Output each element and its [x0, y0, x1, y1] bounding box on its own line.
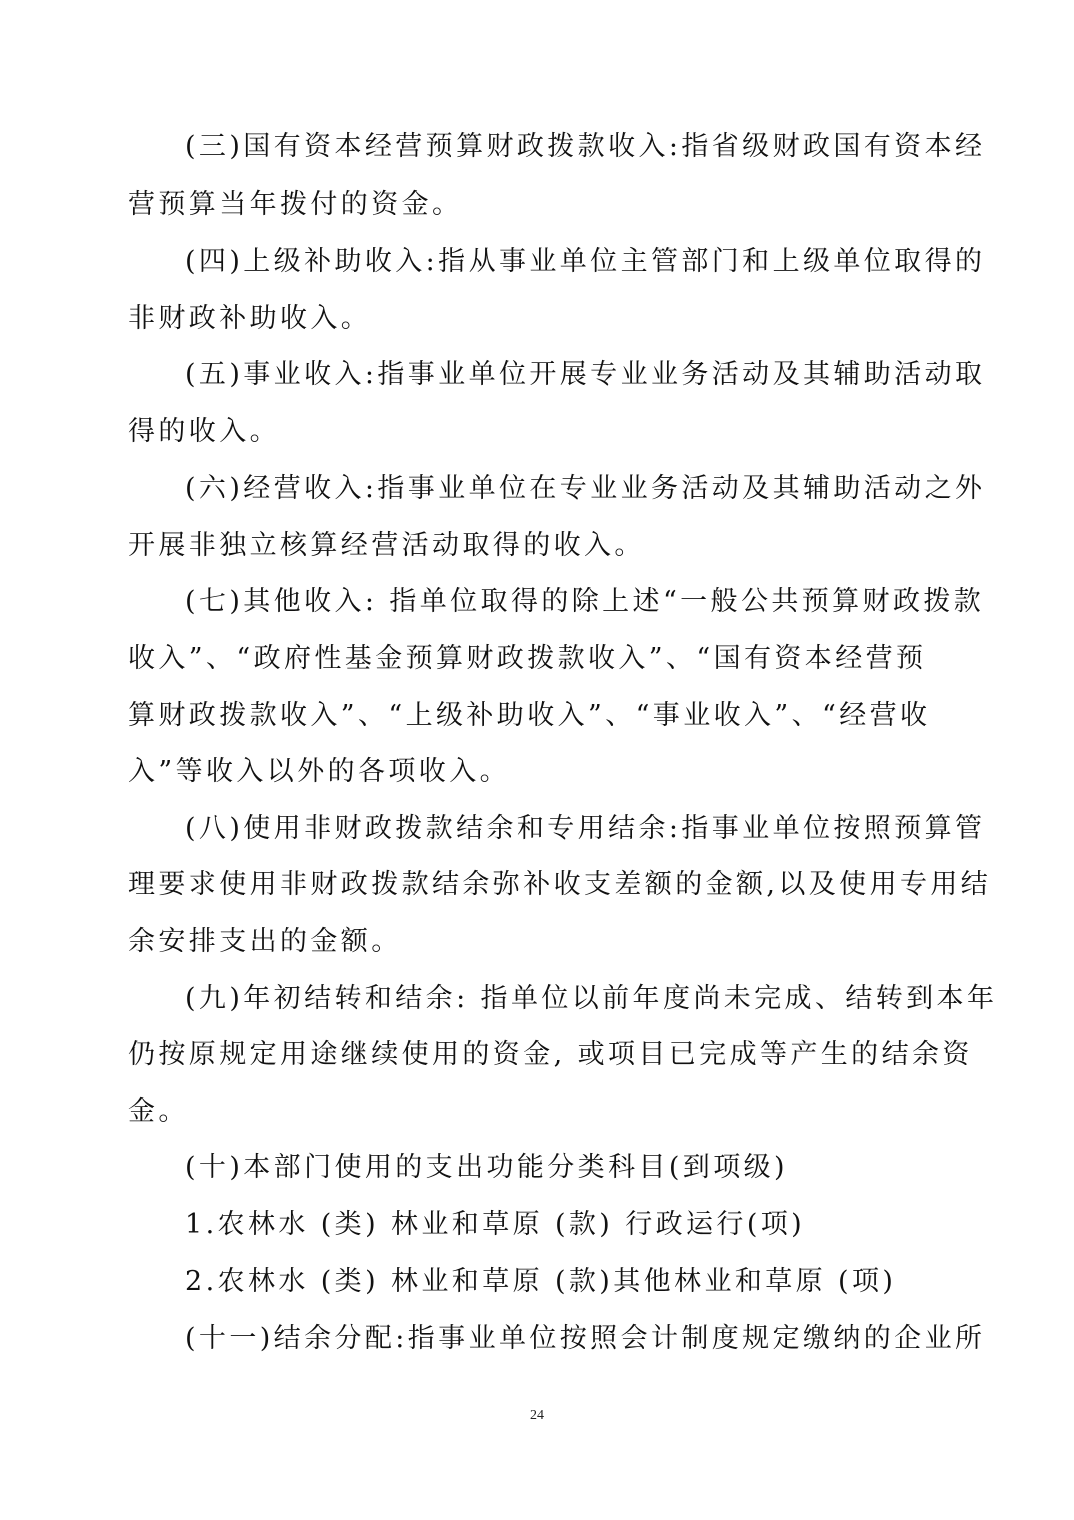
- paragraph-9-line-3: 金。: [128, 1095, 189, 1129]
- paragraph-8-line-3: 余安排支出的金额。: [128, 925, 402, 959]
- list-item-2: 2.农林水 (类) 林业和草原 (款)其他林业和草原 (项): [185, 1265, 896, 1299]
- paragraph-7-line-3: 算财政拨款收入”、“上级补助收入”、“事业收入”、“经营收: [128, 699, 930, 733]
- paragraph-5-line-1: (五)事业收入:指事业单位开展专业业务活动及其辅助活动取: [185, 358, 985, 392]
- paragraph-4-line-2: 非财政补助收入。: [128, 302, 371, 336]
- paragraph-7-line-4: 入”等收入以外的各项收入。: [128, 755, 510, 789]
- paragraph-8-line-1: (八)使用非财政拨款结余和专用结余:指事业单位按照预算管: [185, 812, 985, 846]
- paragraph-5-line-2: 得的收入。: [128, 415, 280, 449]
- paragraph-7-line-1: (七)其他收入: 指单位取得的除上述“一般公共预算财政拨款: [185, 585, 984, 619]
- paragraph-6-line-1: (六)经营收入:指事业单位在专业业务活动及其辅助活动之外: [185, 472, 985, 506]
- paragraph-11-line-1: (十一)结余分配:指事业单位按照会计制度规定缴纳的企业所: [185, 1322, 985, 1356]
- paragraph-3-line-1: (三)国有资本经营预算财政拨款收入:指省级财政国有资本经: [185, 130, 985, 164]
- paragraph-9-line-1: (九)年初结转和结余: 指单位以前年度尚未完成、结转到本年: [185, 982, 997, 1016]
- paragraph-8-line-2: 理要求使用非财政拨款结余弥补收支差额的金额,以及使用专用结: [128, 868, 991, 902]
- paragraph-9-line-2: 仍按原规定用途继续使用的资金, 或项目已完成等产生的结余资: [128, 1038, 973, 1072]
- paragraph-3-line-2: 营预算当年拨付的资金。: [128, 188, 462, 222]
- paragraph-6-line-2: 开展非独立核算经营活动取得的收入。: [128, 529, 645, 563]
- paragraph-10-heading: (十)本部门使用的支出功能分类科目(到项级): [185, 1151, 788, 1185]
- page-number: 24: [0, 1408, 1074, 1424]
- paragraph-4-line-1: (四)上级补助收入:指从事业单位主管部门和上级单位取得的: [185, 245, 985, 279]
- list-item-1: 1.农林水 (类) 林业和草原 (款) 行政运行(项): [185, 1208, 805, 1242]
- paragraph-7-line-2: 收入”、“政府性基金预算财政拨款收入”、“国有资本经营预: [128, 642, 926, 676]
- document-page: (三)国有资本经营预算财政拨款收入:指省级财政国有资本经 营预算当年拨付的资金。…: [0, 0, 1074, 1520]
